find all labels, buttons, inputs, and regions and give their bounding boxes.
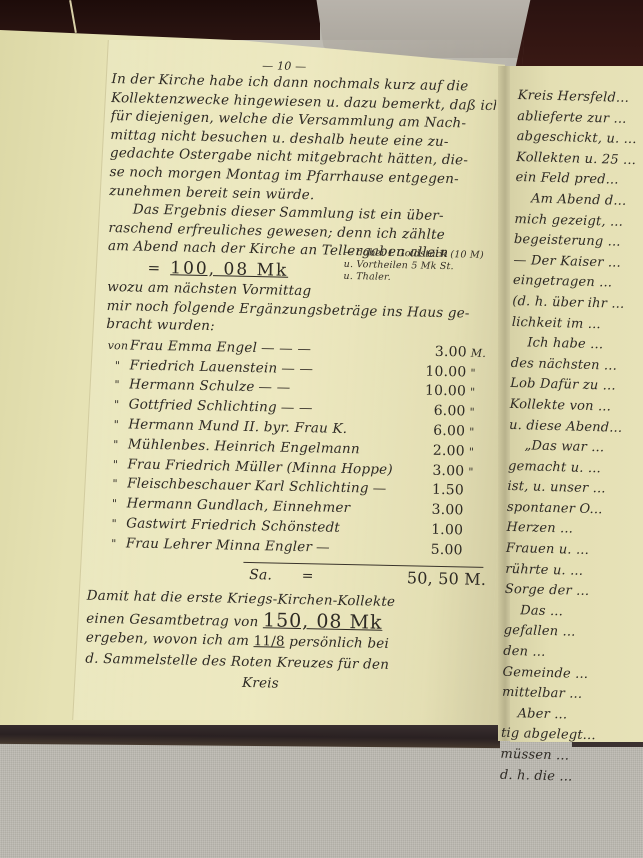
donor-amount: 3.00 (401, 500, 463, 521)
donor-list: von Frau Emma Engel— — — 3.00 M. " Fried… (102, 336, 491, 562)
donor-amount: 2.00 (403, 441, 465, 462)
donor-name-text: Gottfried Schlichting (129, 397, 277, 416)
dash-leader (393, 461, 401, 477)
donor-name-text: Gastwirt Friedrich Schönstedt (126, 515, 340, 535)
donor-name-text: Hermann Gundlach, Einnehmer (126, 496, 350, 517)
donor-name-text: Frau Emma Engel (130, 337, 257, 356)
donor-unit: " (464, 462, 488, 482)
donor-amount: 10.00 (404, 362, 466, 383)
text-span: persönlich bei (285, 634, 390, 652)
ditto-mark: " (105, 355, 129, 375)
ditto-mark: " (104, 395, 128, 415)
donor-intro: wozu am nächsten Vormittag mir noch folg… (106, 278, 492, 342)
donor-amount: 1.00 (401, 520, 463, 541)
donor-name-text: Fleischbeschauer Karl Schlichting (127, 476, 369, 497)
dash-leader (340, 520, 348, 536)
donor-unit: " (465, 403, 489, 423)
donor-name-text: Frau Lehrer Minna Engler (126, 535, 313, 555)
ditto-mark: " (104, 415, 128, 435)
text-span: Kreis (85, 672, 279, 692)
donor-amount: 5.00 (401, 540, 463, 561)
donor-amount: 1.50 (402, 480, 464, 501)
donor-name-text: Mühlenbes. Heinrich Engelmann (128, 436, 360, 457)
dash-leader (347, 421, 355, 437)
donor-name-text: Friedrich Lauenstein (129, 357, 277, 376)
dash-leader: — (369, 481, 391, 497)
grand-total: 150, 08 Mk (263, 610, 383, 634)
dash-leader: — — (277, 360, 317, 377)
total-prefix: = (147, 259, 160, 277)
donor-unit: " (466, 363, 490, 383)
dash-leader: — — — (257, 340, 315, 357)
dash-leader (360, 441, 368, 457)
donor-amount: 3.00 (405, 342, 467, 363)
donor-unit: M. (467, 343, 491, 363)
total-margin-note: — dabei 1 Goldstück (10 M) u. Vortheilen… (343, 247, 484, 286)
total-amount: 100, 08 Mk (170, 258, 288, 280)
closing-paragraph: Damit hat die erste Kriegs-Kirchen-Kolle… (85, 586, 486, 699)
donor-name-text: Hermann Mund II. byr. Frau K. (128, 416, 347, 437)
donor-unit: " (466, 383, 490, 403)
right-page-text: Kreis Hersfeld... ablieferte zur ... abg… (500, 86, 643, 789)
dash-leader (350, 500, 358, 516)
ditto-mark: " (102, 494, 126, 514)
donor-amount: 6.00 (403, 401, 465, 422)
text-span: ergeben, wovon ich am (86, 630, 254, 650)
donor-name-text: Hermann Schulze (129, 377, 255, 396)
ditto-mark: " (103, 474, 127, 494)
donor-amount: 6.00 (403, 421, 465, 442)
donor-amount: 10.00 (404, 382, 466, 403)
ditto-mark: " (105, 375, 129, 395)
dash-leader: — (312, 539, 334, 555)
donor-unit (464, 482, 488, 502)
ditto-mark: " (102, 534, 126, 554)
ditto-mark: " (102, 514, 126, 534)
sum-label: Sa. (249, 563, 302, 588)
donor-name-text: Frau Friedrich Müller (Minna Hoppe) (127, 456, 393, 478)
left-page-text: — 10 — In der Kirche habe ich dann nochm… (99, 56, 497, 699)
donor-amount: 3.00 (402, 461, 464, 482)
ditto-mark: " (104, 435, 128, 455)
donor-unit: " (465, 442, 489, 462)
book-cover-top-right (515, 0, 643, 70)
sum-value: 50, 50 M. (407, 567, 487, 593)
text-line: d. h. die ... (500, 765, 625, 789)
dash-leader: — — (254, 379, 294, 396)
ditto-mark: " (103, 454, 127, 474)
ditto-mark: von (106, 336, 130, 356)
donor-unit: " (465, 422, 489, 442)
intro-paragraph: In der Kirche habe ich dann nochmals kur… (109, 70, 497, 208)
donor-unit (463, 502, 487, 522)
donor-unit (463, 541, 487, 561)
donor-unit (463, 521, 487, 541)
date: 11/8 (253, 634, 284, 651)
dash-leader: — — (277, 400, 317, 417)
sum-equals: = (301, 565, 407, 591)
